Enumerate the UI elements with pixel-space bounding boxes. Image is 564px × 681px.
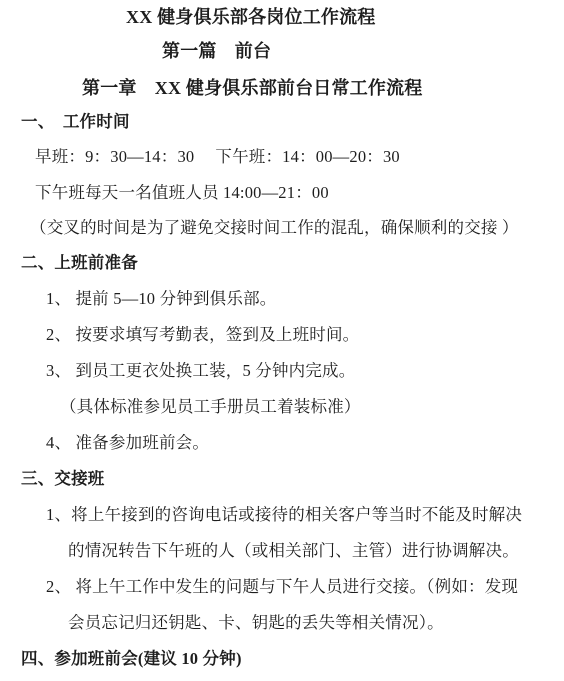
section-3-item-1-line-1: 1、将上午接到的咨询电话或接待的相关客户等当时不能及时解决 xyxy=(46,505,522,526)
part-heading: 第一篇 前台 xyxy=(162,40,271,63)
section-3-item-2-line-2: 会员忘记归还钥匙、卡、钥匙的丢失等相关情况）。 xyxy=(68,613,444,634)
section-2-item-3: 3、 到员工更衣处换工装，5 分钟内完成。 xyxy=(46,361,355,382)
section-4-heading: 四、参加班前会(建议 10 分钟) xyxy=(21,649,242,670)
section-3-item-2-line-1: 2、 将上午工作中发生的问题与下午人员进行交接。（例如：发现 xyxy=(46,577,518,598)
document-page: XX 健身俱乐部各岗位工作流程 第一篇 前台 第一章 XX 健身俱乐部前台日常工… xyxy=(0,0,564,681)
section-1-shift-times: 早班：9：30—14：30 下午班：14：00—20：30 xyxy=(35,147,400,168)
section-2-heading: 二、上班前准备 xyxy=(21,253,138,274)
section-1-duty-line: 下午班每天一名值班人员 14:00—21：00 xyxy=(35,183,329,204)
section-3-item-1-line-2: 的情况转告下午班的人（或相关部门、主管）进行协调解决。 xyxy=(68,541,519,562)
document-title: XX 健身俱乐部各岗位工作流程 xyxy=(126,6,376,29)
section-2-item-1: 1、 提前 5—10 分钟到俱乐部。 xyxy=(46,289,276,310)
section-2-item-4: 4、 准备参加班前会。 xyxy=(46,433,209,454)
chapter-heading: 第一章 XX 健身俱乐部前台日常工作流程 xyxy=(82,77,423,100)
section-2-item-2: 2、 按要求填写考勤表，签到及上班时间。 xyxy=(46,325,359,346)
section-1-heading: 一、 工作时间 xyxy=(21,112,130,133)
section-3-heading: 三、交接班 xyxy=(21,469,105,490)
section-2-note: （具体标准参见员工手册员工着装标准） xyxy=(60,397,361,418)
section-1-note: （交叉的时间是为了避免交接时间工作的混乱，确保顺利的交接 ） xyxy=(30,218,519,239)
